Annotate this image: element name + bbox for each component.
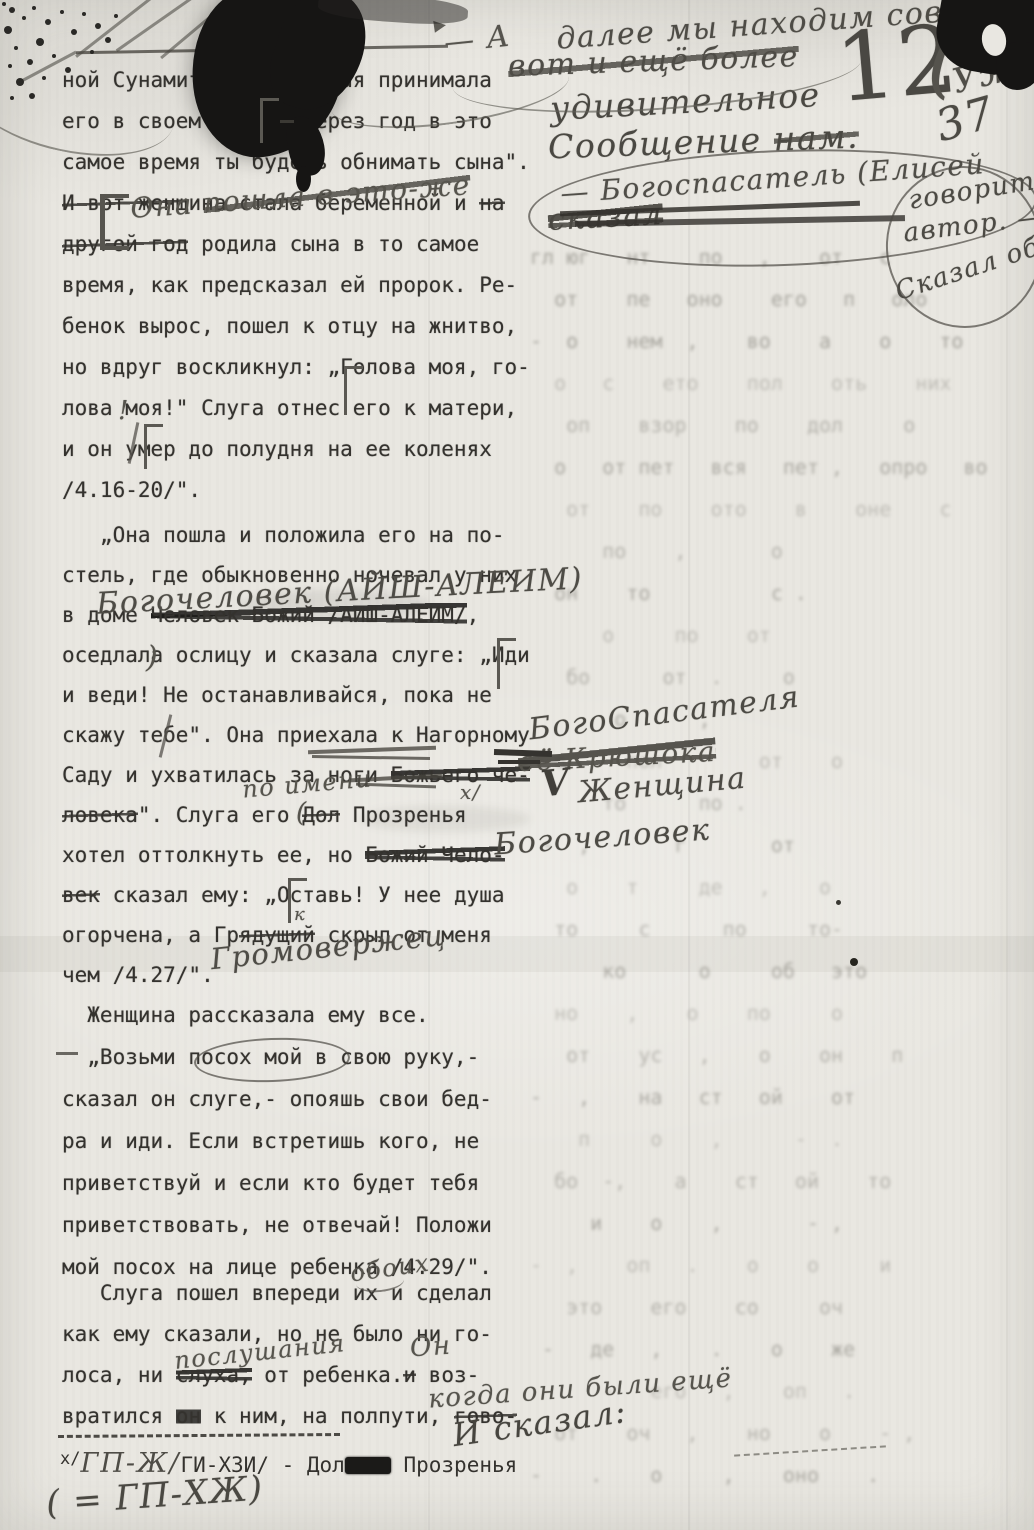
typed-line: Женщина рассказала ему все. xyxy=(62,995,602,1036)
insertion-bracket xyxy=(100,194,129,250)
footnote-text: Прозренья xyxy=(391,1453,517,1477)
typed-text: /4.16-20/". xyxy=(62,478,201,502)
ghost-line: о т де , о xyxy=(530,866,1026,908)
typed-text: чем /4.27/". xyxy=(62,963,214,987)
handwritten-correction: Она xyxy=(129,187,204,225)
ghost-line: он то с . xyxy=(530,572,1026,614)
typed-text: , xyxy=(467,603,480,627)
typed-text: время, как предсказал ей пророк. Ре- xyxy=(62,273,517,297)
pencil-scribble xyxy=(498,760,540,764)
handwritten-exclamation: ! xyxy=(118,396,130,426)
struck-text: на xyxy=(479,191,504,215)
pencil-mark xyxy=(280,120,294,123)
pencil-bracket xyxy=(260,98,279,143)
typed-text: бенок вырос, пошел к отцу на жнитво, xyxy=(62,314,517,338)
typed-text: ра и иди. Если встретишь кого, не xyxy=(62,1129,479,1153)
typed-line: и веди! Не останавливайся, пока не xyxy=(62,675,602,715)
pencil-dash xyxy=(56,1052,78,1055)
typed-text: к ним, на полпути, xyxy=(201,1404,454,1428)
scanned-manuscript-page: гл юг нт по , от с от пе оно его п оло- … xyxy=(0,0,1034,1530)
typed-line: Слуга пошел впереди их и сделал xyxy=(62,1273,602,1314)
typed-line: приветствуй и если кто будет тебя xyxy=(62,1162,602,1204)
struck-text: Божий Чело- xyxy=(365,843,504,867)
ink-dot xyxy=(850,958,858,966)
ghost-line: от ус , о он п xyxy=(530,1034,1026,1076)
typed-line: приветствовать, не отвечай! Положи xyxy=(62,1204,602,1246)
typed-text: и веди! Не останавливайся, пока не xyxy=(62,683,492,707)
typed-text: Слуга пошел впереди их и сделал xyxy=(62,1281,492,1305)
typed-line: ра и иди. Если встретишь кого, не xyxy=(62,1120,602,1162)
typed-text: приветствовать, не отвечай! Положи xyxy=(62,1213,492,1237)
struck-text: и xyxy=(403,1363,416,1387)
handwritten-note: — А xyxy=(442,19,512,61)
typed-text: Женщина рассказала ему все. xyxy=(62,1003,429,1027)
ghost-line: о с ето пол оть них xyxy=(530,362,1026,404)
typed-line: бенок вырос, пошел к отцу на жнитво, xyxy=(62,306,602,347)
typed-paragraph: Женщина рассказала ему все. xyxy=(62,995,602,1036)
ghost-line: ко о об это xyxy=(530,950,1026,992)
bleed-through-text-column: гл юг нт по , от с от пе оно его п оло- … xyxy=(530,236,1026,1496)
handwritten-correction: Он xyxy=(409,1331,452,1364)
typed-line: но вдруг воскликнул: „Голова моя, го- xyxy=(62,347,602,388)
handwritten-letter: к xyxy=(294,904,306,925)
ghost-line: о от пет вся пет , опро во xyxy=(530,446,1026,488)
typed-text: вратился xyxy=(62,1404,176,1428)
pencil-scribble xyxy=(116,0,196,52)
typed-line: другой год родила сына в то самое xyxy=(62,224,602,265)
typed-text: и он умер до полудня на ее коленях xyxy=(62,437,492,461)
typed-line: и он умер до полудня на ее коленях xyxy=(62,429,602,470)
pencil-paren: ) xyxy=(146,640,159,675)
ghost-line: - де , . о же xyxy=(530,1328,1026,1370)
typed-paragraph: „Возьми посох мой в свою руку,-сказал он… xyxy=(62,1036,602,1288)
ghost-line: оп взор по дол о xyxy=(530,404,1026,446)
typed-text: от ребенка. xyxy=(252,1363,404,1387)
pencil-bracket xyxy=(497,638,516,689)
struck-text: век xyxy=(62,883,100,907)
ghost-line: но , о по о xyxy=(530,992,1026,1034)
struck-text: ловека xyxy=(62,803,138,827)
ghost-line: то с по то- xyxy=(530,908,1026,950)
typed-line: „Она пошла и положила его на по- xyxy=(62,515,602,555)
typed-line: сказал он слуге,- опояшь свои бед- xyxy=(62,1078,602,1120)
ink-blot-small xyxy=(345,1457,391,1474)
ghost-line: и о , - , xyxy=(530,1202,1026,1244)
typed-text: оседлала ослицу и сказала слуге: „Иди xyxy=(62,643,530,667)
ghost-line: п о , - . xyxy=(530,1118,1026,1160)
ghost-line: по , о xyxy=(530,530,1026,572)
ghost-line: о по от xyxy=(530,614,1026,656)
pencil-paren: ( xyxy=(296,798,308,828)
footnote-ref-mark: х/ xyxy=(60,1449,80,1469)
typed-text: лова моя!" Слуга отнес его к матери, xyxy=(62,396,517,420)
ink-dot xyxy=(836,900,841,905)
footnote-line: х/ГП-Ж/ГИ-ХЗИ/ - Дол Прозренья xyxy=(60,1448,517,1479)
struck-text: он xyxy=(176,1404,201,1428)
ghost-line: - , на ст ой от xyxy=(530,1076,1026,1118)
check-mark: V xyxy=(539,761,573,806)
typed-text: ". Слуга его xyxy=(138,803,302,827)
typed-line: оседлала ослицу и сказала слуге: „Иди xyxy=(62,635,602,675)
typed-line: /4.16-20/". xyxy=(62,470,602,511)
ghost-line: - . о , оно . xyxy=(530,1454,1026,1496)
ghost-line: - , оп . о о и xyxy=(530,1244,1026,1286)
typed-text: приветствуй и если кто будет тебя xyxy=(62,1171,479,1195)
ink-speckles xyxy=(2,2,6,6)
typed-text: „Она пошла и положила его на по- xyxy=(62,523,505,547)
typed-text: сказал он слуге,- опояшь свои бед- xyxy=(62,1087,492,1111)
ghost-line: это его со оч xyxy=(530,1286,1026,1328)
footnote-reference-mark: х/ xyxy=(460,780,481,804)
typed-line: лова моя!" Слуга отнес его к матери, xyxy=(62,388,602,429)
typed-text: лоса, ни xyxy=(62,1363,176,1387)
typed-text: но вдруг воскликнул: „Голова моя, го- xyxy=(62,355,530,379)
footnote-separator xyxy=(58,1433,340,1438)
typed-line: время, как предсказал ей пророк. Ре- xyxy=(62,265,602,306)
typed-text: скажу тебе". Она приехала к Нагорному xyxy=(62,723,530,747)
typed-text: Прозренья xyxy=(340,803,466,827)
ghost-line: бо -, а ст ой то xyxy=(530,1160,1026,1202)
typed-text: хотел оттолкнуть ее, но xyxy=(62,843,365,867)
pencil-bracket xyxy=(144,424,163,469)
typed-line: век сказал ему: „Оставь! У нее душа xyxy=(62,875,602,915)
pencil-bracket xyxy=(344,366,363,415)
ghost-line: от по ото в оне с xyxy=(530,488,1026,530)
typed-text: родила сына в то самое xyxy=(188,232,479,256)
